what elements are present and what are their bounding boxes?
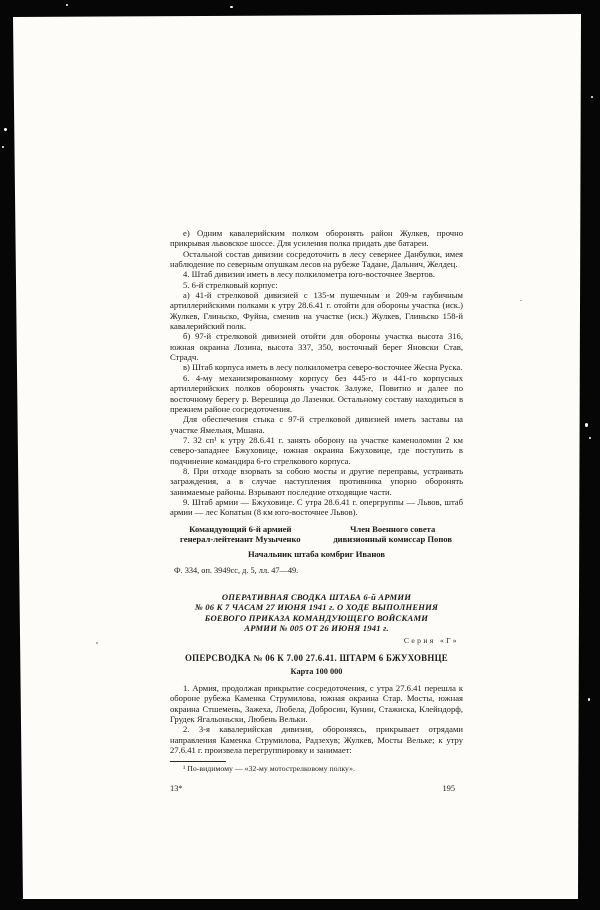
report-title-line: БОЕВОГО ПРИКАЗА КОМАНДУЮЩЕГО ВОЙСКАМИ [170,613,463,624]
page-content: е) Одним кавалерийским полком оборонять … [170,228,463,794]
report-title-line: АРМИИ № 005 ОТ 26 ИЮНЯ 1941 г. [170,623,463,634]
signature-chief-of-staff: Начальник штаба комбриг Иванов [170,549,463,559]
signature-council-member: Член Военного совета дивизионный комисса… [322,524,463,545]
paragraph: 1. Армия, продолжая прикрытие сосредоточ… [170,683,463,724]
archive-reference: Ф. 334, оп. 3949сс, д. 5, лл. 47—49. [170,566,463,576]
report-title: ОПЕРАТИВНАЯ СВОДКА ШТАБА 6-й АРМИИ № 06 … [170,592,463,634]
paragraph: 6. 4-му механизированному корпусу без 44… [170,373,463,414]
paragraph: 9. Штаб армии — Бжуховице. С утра 28.6.4… [170,497,463,518]
report-headline: ОПЕРСВОДКА № 06 К 7.00 27.6.41. ШТАРМ 6 … [170,653,463,663]
paragraph: 7. 32 сп¹ к утру 28.6.41 г. занять оборо… [170,435,463,466]
paragraph: а) 41-й стрелковой дивизией с 135-м пуше… [170,290,463,331]
signature-name: дивизионный комиссар Попов [322,534,463,545]
signature-title: Командующий 6-й армией [170,524,311,535]
order-body: е) Одним кавалерийским полком оборонять … [170,228,463,518]
series-label: Серия «Г» [170,636,463,646]
page-number: 195 [442,784,455,794]
paragraph: Для обеспечения стыка с 97-й стрелковой … [170,414,463,435]
paragraph: 2. 3-я кавалерийская дивизия, обороняясь… [170,724,463,755]
paragraph: 8. При отходе взорвать за собою мосты и … [170,466,463,497]
report-title-line: ОПЕРАТИВНАЯ СВОДКА ШТАБА 6-й АРМИИ [170,592,463,603]
footnote: ¹ По-видимому — «32-му мотострелковому п… [170,764,463,774]
footnote-rule [170,761,226,762]
report-body: 1. Армия, продолжая прикрытие сосредоточ… [170,683,463,755]
signature-mark: 13* [170,784,183,794]
page-footer: 13* 195 [170,784,463,794]
map-scale: Карта 100 000 [170,667,463,677]
signature-title: Член Военного совета [322,524,463,535]
signature-name: генерал-лейтенант Музыченко [170,534,311,545]
signature-block: Командующий 6-й армией генерал-лейтенант… [170,524,463,545]
paragraph: Остальной состав дивизии сосредоточить в… [170,249,463,270]
paragraph: в) Штаб корпуса иметь в лесу полкилометр… [170,362,463,372]
paragraph: 4. Штаб дивизии иметь в лесу полкилометр… [170,269,463,279]
report-title-line: № 06 К 7 ЧАСАМ 27 ИЮНЯ 1941 г. О ХОДЕ ВЫ… [170,602,463,613]
signature-commander: Командующий 6-й армией генерал-лейтенант… [170,524,311,545]
paragraph: 5. 6-й стрелковый корпус: [170,280,463,290]
paragraph: б) 97-й стрелковой дивизией отойти для о… [170,331,463,362]
paragraph: е) Одним кавалерийским полком оборонять … [170,228,463,249]
